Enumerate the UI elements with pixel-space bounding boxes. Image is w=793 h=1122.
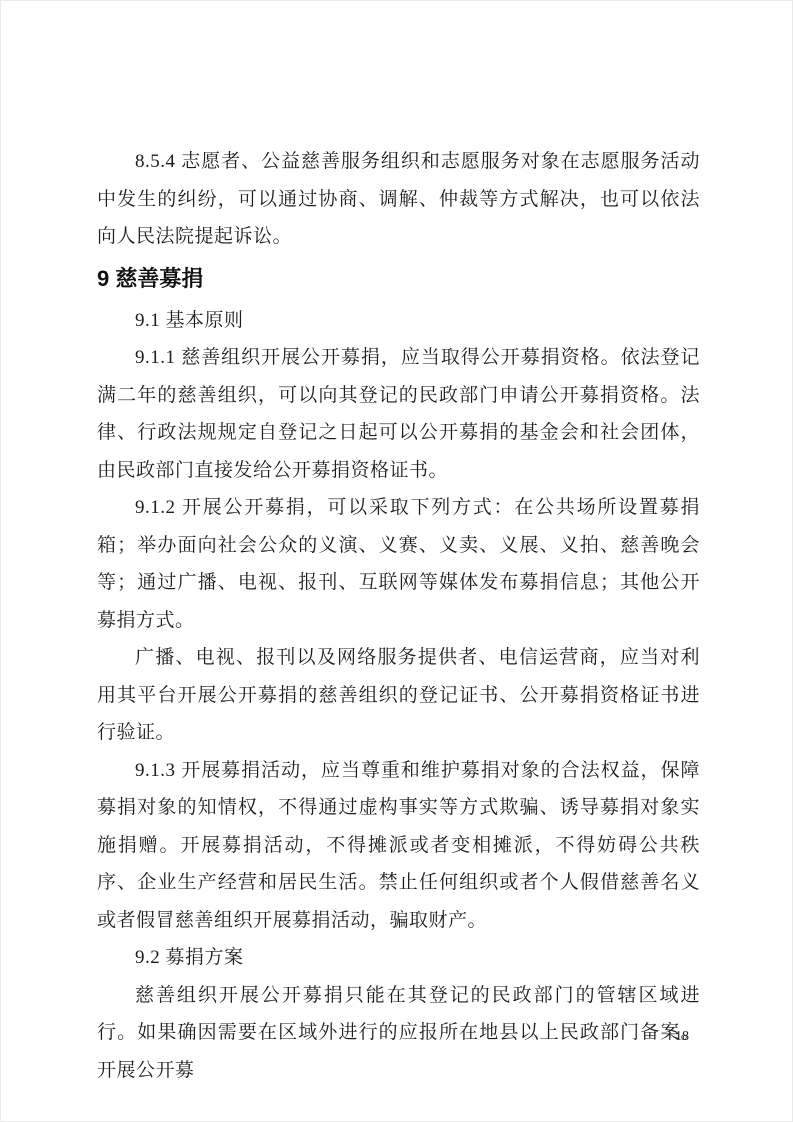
page-number: 18 [675,1028,689,1046]
clause-9-1-basic-principles: 9.1 基本原则 [97,302,700,340]
clause-9-2-fundraising-plan: 9.2 募捐方案 [97,939,700,977]
paragraph-9-1-3: 9.1.3 开展募捐活动，应当尊重和维护募捐对象的合法权益，保障募捐对象的知情权… [97,752,700,940]
document-page: 8.5.4 志愿者、公益慈善服务组织和志愿服务对象在志愿服务活动中发生的纠纷，可… [0,0,793,1122]
document-content: 8.5.4 志愿者、公益慈善服务组织和志愿服务对象在志愿服务活动中发生的纠纷，可… [97,143,700,1089]
paragraph-8-5-4: 8.5.4 志愿者、公益慈善服务组织和志愿服务对象在志愿服务活动中发生的纠纷，可… [97,143,700,256]
paragraph-media-verification: 广播、电视、报刊以及网络服务提供者、电信运营商，应当对利用其平台开展公开募捐的慈… [97,639,700,752]
section-heading-9-charity-fundraising: 9 慈善募捐 [97,264,700,294]
paragraph-9-2-body: 慈善组织开展公开募捐只能在其登记的民政部门的管辖区域进行。如果确因需要在区域外进… [97,977,700,1090]
paragraph-9-1-1: 9.1.1 慈善组织开展公开募捐，应当取得公开募捐资格。依法登记满二年的慈善组织… [97,339,700,489]
paragraph-9-1-2: 9.1.2 开展公开募捐，可以采取下列方式：在公共场所设置募捐箱；举办面向社会公… [97,489,700,639]
